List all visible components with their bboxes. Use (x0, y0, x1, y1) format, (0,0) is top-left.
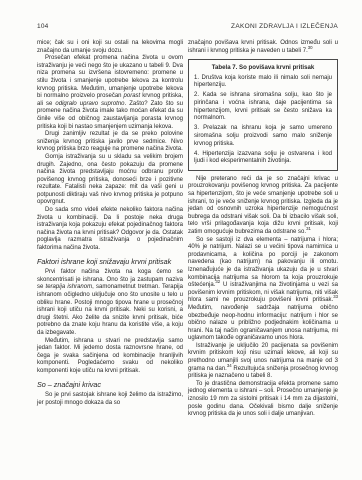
text-run-italic: porast (124, 93, 141, 99)
paragraph: Prosečan efekat promena načina života u … (37, 55, 183, 131)
page-header: 104 ZAKONI ZDRAVLJA I IZLEČENJA (37, 23, 338, 30)
paragraph: Do sada smo videli efekte nekoliko fakto… (37, 207, 183, 253)
text-run-italic: odigralo upravo suprotno (55, 101, 124, 107)
text-run: Nije preterano reći da je so značajni kr… (188, 176, 338, 235)
left-column: mice; čak su i oni koji su ostali na lek… (37, 40, 183, 419)
table-item: 2. Kada se ishrana siromašna solju, kao … (194, 92, 332, 122)
running-title: ZAKONI ZDRAVLJA I IZLEČENJA (231, 23, 338, 30)
text-run-italic: terapija ishranom (46, 284, 93, 290)
table-item: 4. Hipertenzija izazvana solju je ostvar… (194, 151, 332, 166)
text-columns: mice; čak su i oni koji su ostali na lek… (37, 40, 338, 419)
text-run: Međutim, navođenje sadržaja natrijuma ob… (188, 305, 338, 341)
paragraph: Istraživanje je uključilo 20 pacijenata … (188, 343, 338, 381)
text-run: značajno povišava krvni pritisak. Odnos … (188, 40, 338, 54)
table-item: 3. Prelazak na ishranu koja je samo umer… (194, 125, 332, 148)
text-run: So se sastoji iz dva elementa – natrijum… (188, 237, 338, 289)
paragraph-continuation: mice; čak su i oni koji su ostali na lek… (37, 40, 183, 55)
footnote-reference: 33 (333, 294, 338, 299)
table-7-box: Tabela 7. So povišava krvni pritisak 1. … (188, 59, 338, 171)
footnote-reference: 30 (308, 45, 313, 50)
section-heading-dietary-factors: Faktori ishrane koji snižavaju krvni pri… (37, 258, 183, 267)
paragraph: Međutim, ishrana u stvari ne predstavlja… (37, 338, 183, 376)
page-number: 104 (37, 23, 48, 30)
paragraph: Gornja istraživanja su u skladu sa velik… (37, 154, 183, 207)
paragraph: So se sastoji iz dva elementa – natrijum… (188, 237, 338, 343)
section-heading-salt: So – značajni krivac (37, 381, 183, 390)
paragraph: To je drastična demonstracija efekta pro… (188, 381, 338, 419)
book-page: 104 ZAKONI ZDRAVLJA I IZLEČENJA mice; ča… (0, 0, 362, 480)
table-item: 1. Društva koja koriste malo ili nimalo … (194, 75, 332, 90)
footnote-reference: 31 (306, 226, 311, 231)
table-title: Tabela 7. So povišava krvni pritisak (194, 64, 332, 72)
paragraph: Prvi faktor načina života na koga ćemo s… (37, 269, 183, 337)
text-run: , samonametnut tretman. Terapija ishrano… (37, 284, 183, 336)
right-column: značajno povišava krvni pritisak. Odnos … (188, 40, 338, 419)
paragraph: So je prvi sastojak ishrane koji želimo … (37, 392, 183, 407)
paragraph: Drugi zanimljiv rezultat je da se preko … (37, 131, 183, 154)
paragraph: Nije preterano reći da je so značajni kr… (188, 176, 338, 237)
paragraph-continuation: značajno povišava krvni pritisak. Odnos … (188, 40, 338, 55)
